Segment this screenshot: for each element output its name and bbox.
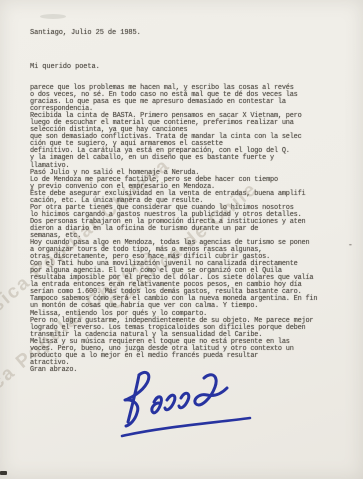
margin-dash-mark: - xyxy=(348,241,353,250)
signature-ink-strokes xyxy=(112,368,262,446)
corner-speck xyxy=(0,471,7,475)
letter-body: parece que los problemas me hacen mal, y… xyxy=(30,85,317,374)
letter-body-line: producto que a lo mejor en el medio fran… xyxy=(30,353,317,360)
letter-body-line: y la imagen del caballo, en un diseño qu… xyxy=(30,155,317,162)
salutation: Mi querido poeta. xyxy=(30,63,100,71)
dateline: Santiago, Julio 25 de 1985. xyxy=(30,29,141,37)
scan-smudge xyxy=(40,14,66,19)
handwritten-signature: Ricardo xyxy=(112,368,262,446)
letter-page: Música Popular ChilenaCatólica de ChileM… xyxy=(0,0,363,479)
